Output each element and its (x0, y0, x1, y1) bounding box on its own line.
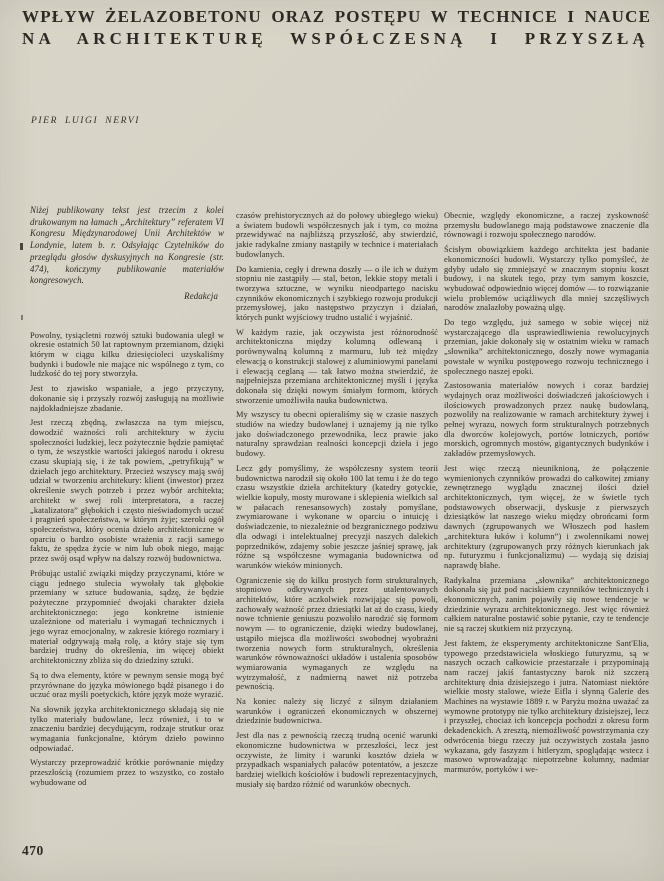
column-middle: czasów prehistorycznych aż do połowy ubi… (236, 211, 438, 794)
print-artifact (21, 315, 23, 320)
article-title: WPŁYW ŻELAZOBETONU ORAZ POSTĘPU W TECHNI… (22, 7, 649, 48)
body-paragraph: Wystarczy przeprowadzić krótkie porównan… (30, 758, 224, 787)
author-byline: PIER LUIGI NERVI (31, 116, 140, 126)
editorial-note: Niżej publikowany tekst jest trzecim z k… (30, 205, 224, 287)
body-paragraph: Ścisłym obowiązkiem każdego architekta j… (444, 245, 649, 313)
article-page: WPŁYW ŻELAZOBETONU ORAZ POSTĘPU W TECHNI… (0, 0, 664, 881)
body-paragraph: Na słownik języka architektonicznego skł… (30, 705, 224, 754)
body-paragraph: Lecz gdy pomyślimy, że współczesny syste… (236, 464, 438, 571)
body-paragraph: Jest faktem, że eksperymenty architekton… (444, 639, 649, 775)
editorial-note-signature: Redakcja (30, 292, 224, 302)
body-paragraph: Na koniec należy się liczyć z silnym dzi… (236, 697, 438, 726)
page-number: 470 (22, 843, 44, 859)
body-paragraph: Są to dwa elementy, które w pewnym sensi… (30, 671, 224, 700)
column-left-body: Powolny, tysiącletni rozwój sztuki budow… (30, 331, 224, 788)
article-title-line2: NA ARCHITEKTURĘ WSPÓŁCZESNĄ I PRZYSZŁĄ (22, 29, 649, 49)
body-paragraph: Do kamienia, cegły i drewna doszły — o i… (236, 265, 438, 323)
body-paragraph: Powolny, tysiącletni rozwój sztuki budow… (30, 331, 224, 380)
column-right-body: Obecnie, względy ekonomiczne, a raczej z… (444, 211, 649, 775)
body-paragraph: Jest rzeczą zbędną, zwłaszcza na tym mie… (30, 418, 224, 564)
body-paragraph: My wszyscy tu obecni opieraliśmy się w c… (236, 410, 438, 459)
body-paragraph: czasów prehistorycznych aż do połowy ubi… (236, 211, 438, 260)
body-paragraph: Jest to zjawisko wspaniałe, a jego przyc… (30, 384, 224, 413)
body-paragraph: Próbując ustalić związki między przyczyn… (30, 569, 224, 666)
print-artifact (20, 243, 23, 250)
body-paragraph: Obecnie, względy ekonomiczne, a raczej z… (444, 211, 649, 240)
column-middle-body: czasów prehistorycznych aż do połowy ubi… (236, 211, 438, 789)
body-paragraph: Jest więc rzeczą nieuniknioną, że połącz… (444, 464, 649, 571)
article-title-line1: WPŁYW ŻELAZOBETONU ORAZ POSTĘPU W TECHNI… (22, 7, 649, 27)
body-paragraph: Radykalna przemiana „słownika” architekt… (444, 576, 649, 634)
body-paragraph: Zastosowania materiałów nowych i coraz b… (444, 381, 649, 459)
column-right: Obecnie, względy ekonomiczne, a raczej z… (444, 211, 649, 780)
column-left: Niżej publikowany tekst jest trzecim z k… (30, 205, 224, 793)
body-paragraph: W każdym razie, jak oczywista jest różno… (236, 328, 438, 406)
body-paragraph: Ograniczenie się do kilku prostych form … (236, 576, 438, 692)
body-paragraph: Do tego względu, już samego w sobie więc… (444, 318, 649, 376)
body-paragraph: Jest dla nas z pewnością rzeczą trudną o… (236, 731, 438, 789)
